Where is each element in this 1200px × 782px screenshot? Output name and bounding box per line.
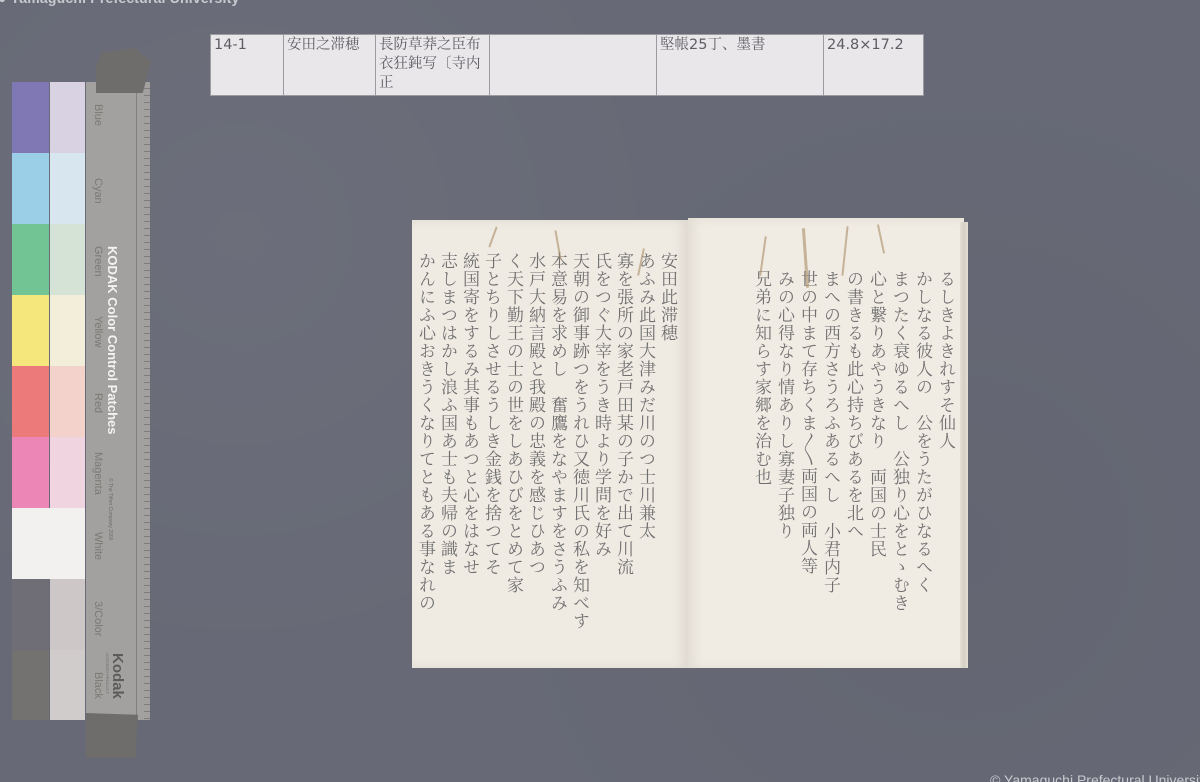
cell-format: 堅帳25丁、墨書: [657, 35, 824, 96]
label-red: Red: [92, 393, 104, 413]
patch-yellow-dark: [12, 295, 49, 366]
text-column: 統国寄をするみ其事もあつと心をはなせ: [458, 252, 480, 652]
right-page: るしきよきれすそ仙人 かしなる彼人の 公をうたがひなるへく まつたく衰ゆるへし …: [688, 218, 964, 668]
cell-notes: [490, 35, 657, 96]
text-column: 安田此滞穂: [656, 252, 678, 652]
text-column: みの心得なり情ありし寡妻子独り: [772, 270, 795, 640]
catalog-label-table: 14-1 安田之滞穂 長防草莽之臣布衣狂鈍写〔寺内正 堅帳25丁、墨書 24.8…: [210, 34, 924, 96]
patch-magenta-dark: [12, 437, 49, 508]
text-column: まつたく衰ゆるへし 公独り心をとゝむき: [887, 270, 910, 640]
text-column: るしきよきれすそ仙人: [933, 270, 956, 640]
label-yellow: Yellow: [92, 316, 104, 347]
patch-3color-dark: [12, 579, 49, 650]
patch-blue-dark: [12, 82, 49, 153]
tape-top: [96, 48, 151, 93]
patch-black-light: [50, 650, 85, 720]
cell-number: 14-1: [211, 35, 284, 96]
text-column: 寡を張所の家老戸田某の子かで出て川流: [612, 252, 634, 652]
text-column: 兄弟に知らす家郷を治む也: [749, 270, 772, 640]
label-magenta: Magenta: [92, 452, 104, 495]
label-black: Black: [92, 672, 104, 699]
text-column: 志しまつはかし浪ふ国あ士も夫帰の識ま: [436, 252, 458, 652]
text-column: の書きるも此心持ちびあるを北へ: [841, 270, 864, 640]
kodak-logo: Kodak: [109, 653, 126, 699]
patch-3color-light: [50, 579, 85, 650]
ruler-edge: [136, 82, 137, 720]
text-column: く天下勤王の士の世をしあひびをとめて家: [502, 252, 524, 652]
text-column: 氏をつぐ大宰をうき時より学問を好み: [590, 252, 612, 652]
patch-cyan-light: [50, 153, 85, 224]
patch-cyan-dark: [12, 153, 49, 224]
text-column: かしなる彼人の 公をうたがひなるへく: [910, 270, 933, 640]
page-edges: [960, 222, 968, 668]
patch-yellow-light: [50, 295, 85, 366]
text-column: あふみ此国大津みだ川のつ士川兼太: [634, 252, 656, 652]
open-manuscript: 安田此滞穂 あふみ此国大津みだ川のつ士川兼太 寡を張所の家老戸田某の子かで出て川…: [412, 218, 968, 670]
cell-size: 24.8×17.2: [824, 35, 924, 96]
patch-magenta-light: [50, 437, 85, 508]
copyright-note: © The Tiffen Company 2000: [107, 478, 113, 540]
patch-red-light: [50, 366, 85, 437]
cell-author: 安田之滞穂: [284, 35, 376, 96]
cell-title: 長防草莽之臣布衣狂鈍写〔寺内正: [376, 35, 490, 96]
label-white: White: [92, 532, 104, 560]
text-column: 心と繋りあやうきなり 両国の士民: [864, 270, 887, 640]
text-column: 天朝の御事跡つをうれひ又徳川氏の私を知べす: [568, 252, 590, 652]
label-3color: 3/Color: [92, 601, 104, 636]
patch-white: [12, 508, 85, 579]
label-green: Green: [92, 246, 104, 277]
text-column: まへの西方さうろふあるへし 小君内子: [818, 270, 841, 640]
label-cyan: Cyan: [92, 178, 104, 204]
patch-red-dark: [12, 366, 49, 437]
text-column: 世の中まて存ちくま〳〵両国の両人等: [795, 270, 818, 640]
watermark-top: ● Yamaguchi Prefectural University: [0, 0, 239, 6]
left-page-text: 安田此滞穂 あふみ此国大津みだ川のつ士川兼太 寡を張所の家老戸田某の子かで出て川…: [414, 252, 678, 652]
label-blue: Blue: [92, 104, 104, 126]
right-page-text: るしきよきれすそ仙人 かしなる彼人の 公をうたがひなるへく まつたく衰ゆるへし …: [749, 270, 956, 640]
patch-black-dark: [12, 650, 49, 720]
patch-green-light: [50, 224, 85, 295]
patch-blue-light: [50, 82, 85, 153]
text-column: 水戸大納言殿と我殿の忠義を感じひあつ: [524, 252, 546, 652]
text-column: 本意易を求めし 奮鷹をなやますをさうふみ: [546, 252, 568, 652]
text-column: 子とちりしさせるうしき金銭を捨つてそ: [480, 252, 502, 652]
kodak-chart-title: KODAK Color Control Patches: [105, 246, 120, 435]
left-page: 安田此滞穂 あふみ此国大津みだ川のつ士川兼太 寡を張所の家老戸田某の子かで出て川…: [412, 220, 688, 668]
catalog-label-row: 14-1 安田之滞穂 長防草莽之臣布衣狂鈍写〔寺内正 堅帳25丁、墨書 24.8…: [211, 35, 924, 96]
kodak-logo-sub: LICENSED PRODUCT: [105, 653, 110, 694]
ruler-ticks: [135, 82, 150, 720]
watermark-bottom: © Yamaguchi Prefectural University: [990, 772, 1200, 782]
patch-green-dark: [12, 224, 49, 295]
tape-bottom: [86, 713, 138, 758]
text-column: かんにふ心おきうくなりてともある事なれの: [414, 252, 436, 652]
